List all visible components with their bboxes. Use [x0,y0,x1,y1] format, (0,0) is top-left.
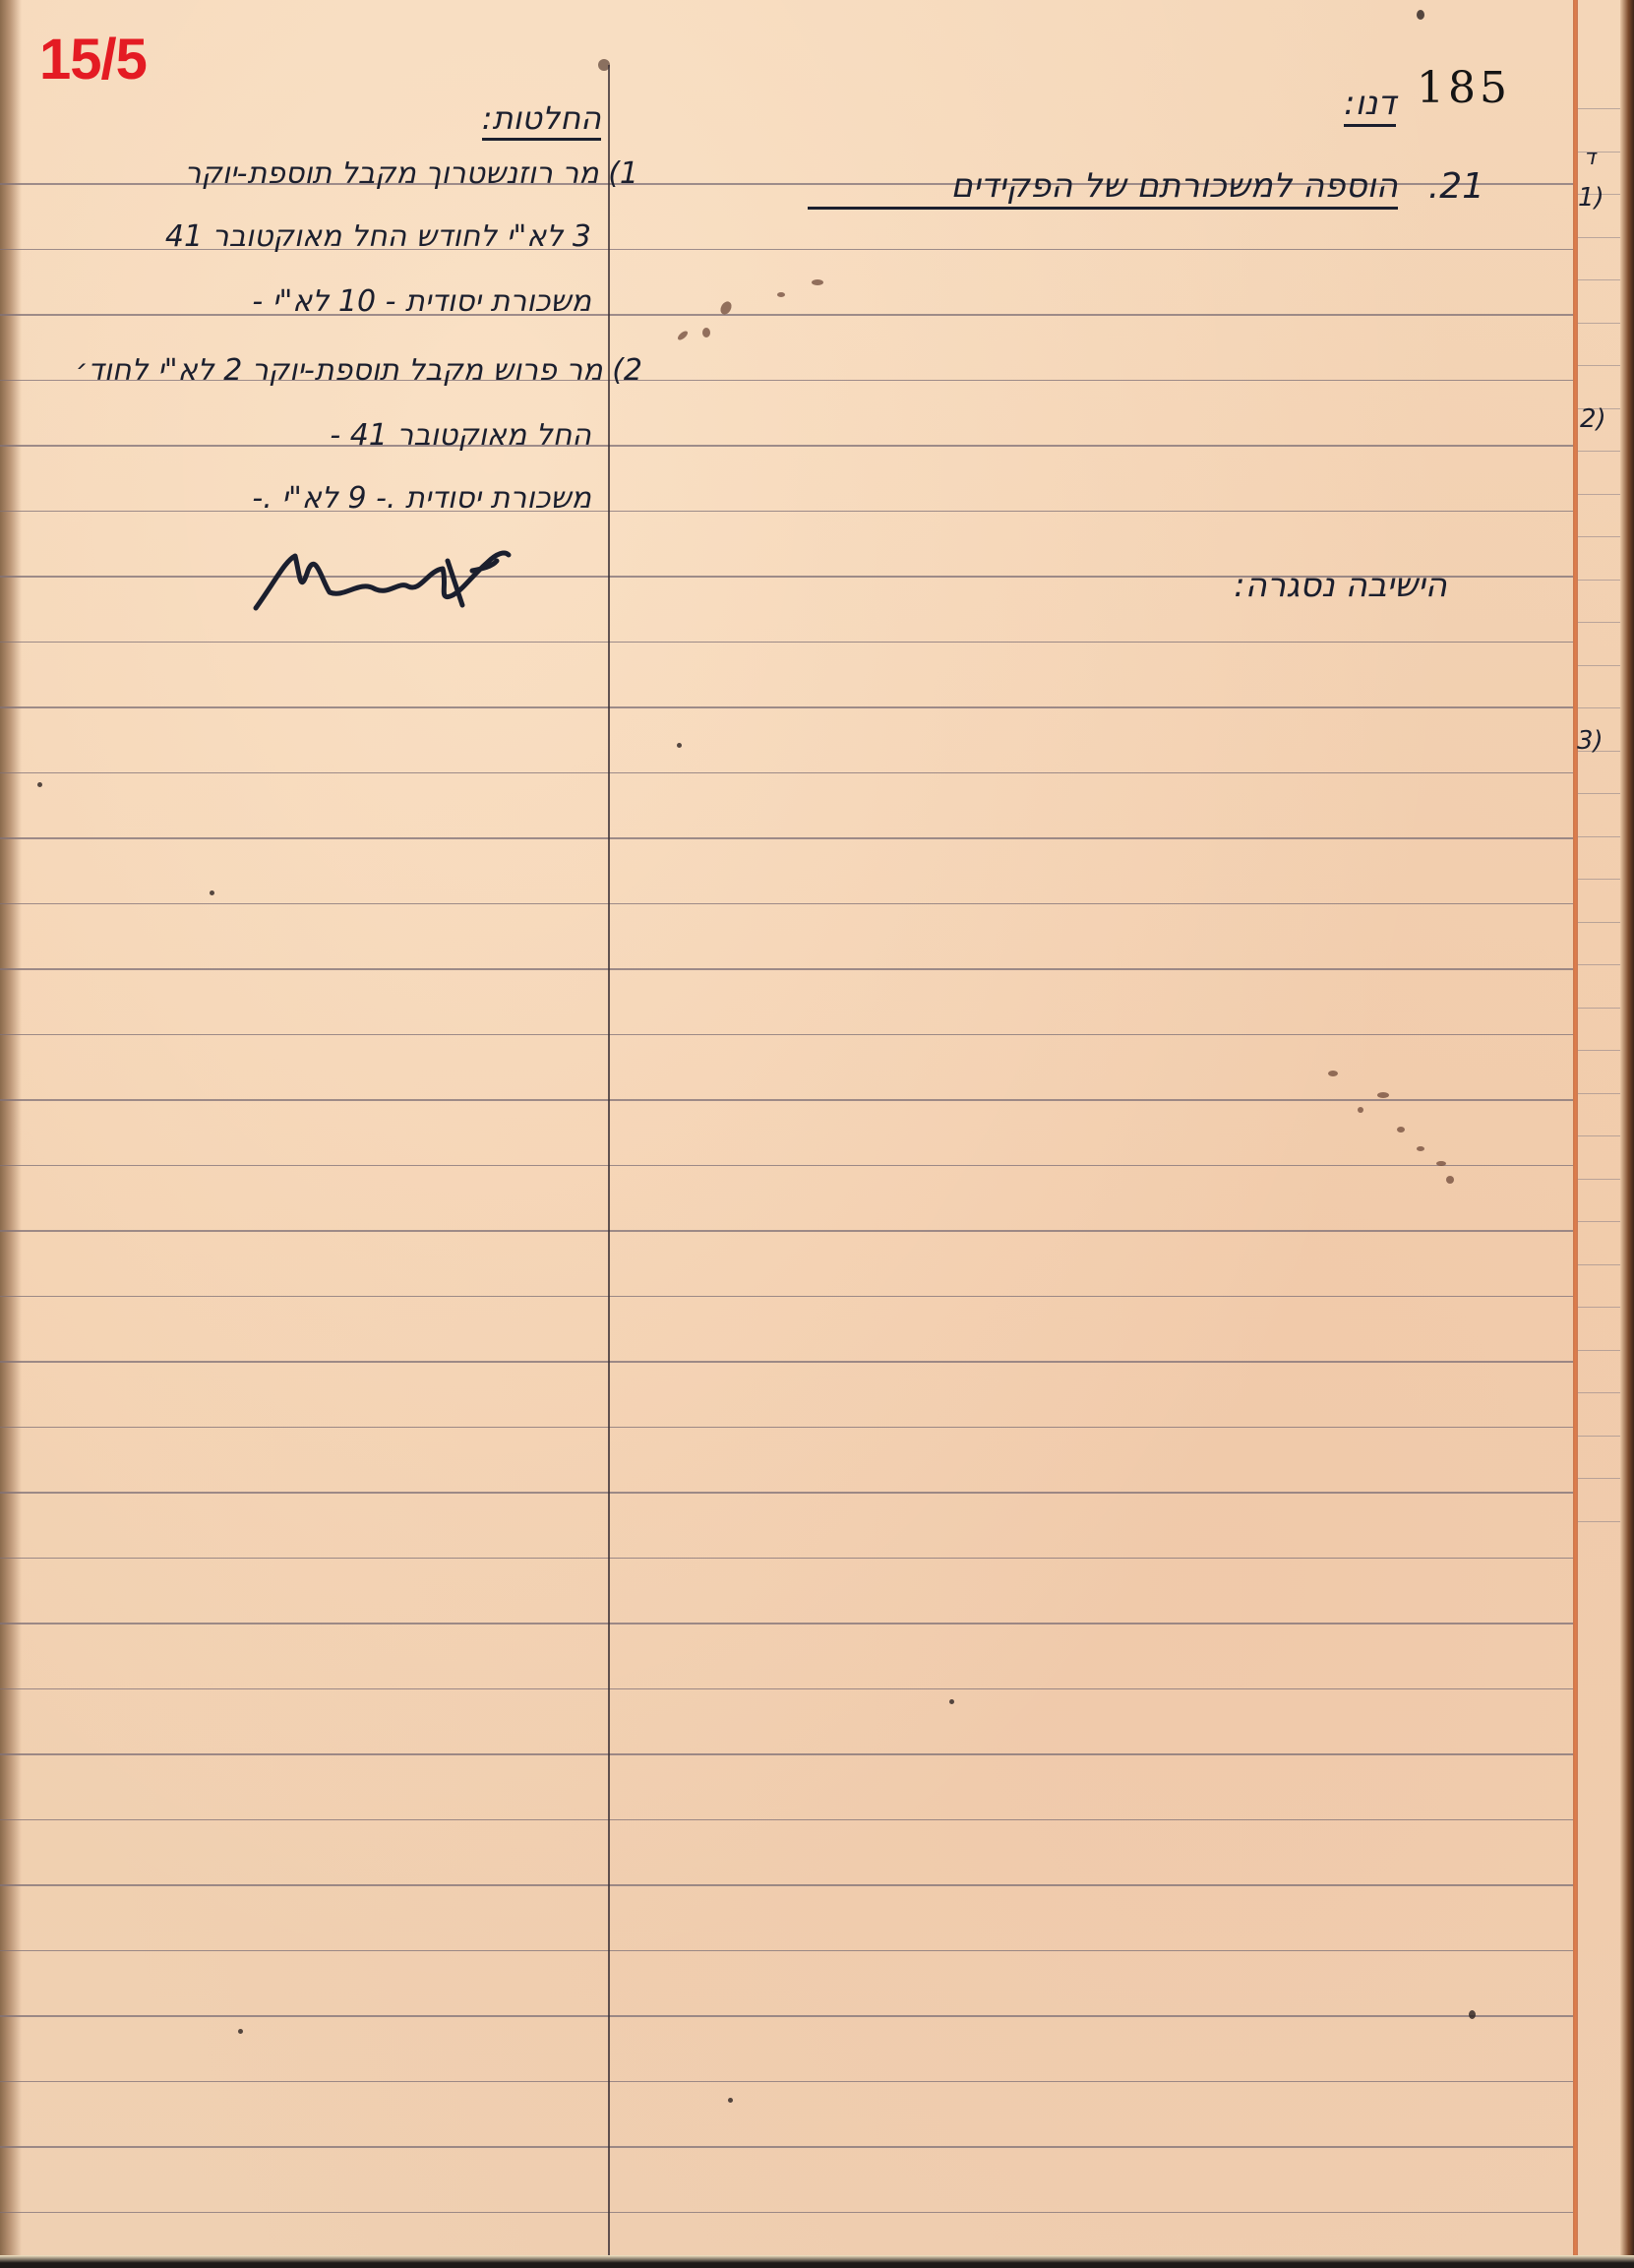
margin-ruled-line [1578,622,1623,623]
bottom-edge [0,2255,1634,2268]
margin-ruled-line [1578,1050,1623,1051]
ruled-line [0,2015,1575,2017]
page-edge [1620,0,1634,2255]
margin-ruled-line [1578,1008,1623,1009]
ruled-line [0,1819,1575,1821]
decisions-heading: החלטות: [482,102,601,141]
ruled-line [0,1165,1575,1167]
margin-ruled-line [1578,365,1623,366]
signature-icon [251,541,516,630]
ruled-line [0,903,1575,905]
ruled-line [0,1230,1575,1232]
ruled-line [0,1688,1575,1690]
ruled-line [0,968,1575,970]
margin-ruled-line [1578,580,1623,581]
ruled-line [0,1099,1575,1101]
ruled-line [0,706,1575,708]
ruled-line [0,1427,1575,1429]
margin-ruled-line [1578,1093,1623,1094]
decision-line: 1) מר רוזנשטרוך מקבל תוספת-יוקר [185,159,638,189]
margin-ruled-line [1578,451,1623,452]
margin-ruled-line [1578,1221,1623,1222]
margin-ruled-line [1578,536,1623,537]
margin-ruled-line [1578,879,1623,880]
decision-line: משכורת יסודית - 10 לא"י - [252,287,591,317]
margin-ruled-line [1578,494,1623,495]
margin-ruled-line [1578,108,1623,109]
ruled-line [0,2081,1575,2083]
margin-ruled-line [1578,964,1623,965]
binding-shadow [0,0,22,2268]
ruled-line [0,511,1575,513]
decision-line: החל מאוקטובר 41 - [330,421,591,451]
ruled-line [0,1361,1575,1363]
decision-line: 2) מר פרוש מקבל תוספת-יוקר 2 לא"י לחוד׳ [76,356,642,386]
margin-ruled-line [1578,323,1623,324]
ruled-line [0,1753,1575,1755]
margin-ruled-line [1578,707,1623,708]
ledger-page: 15/5 185 דנו: 21. הוספה למשכורתם של הפקי… [0,0,1634,2268]
meeting-closed-note: הישיבה נסגרה: [1234,569,1447,602]
margin-ruled-line [1578,1350,1623,1351]
ruled-line [0,1884,1575,1886]
margin-ruled-line [1578,922,1623,923]
margin-mark: ד [1584,148,1596,169]
agenda-item-title: הוספה למשכורתם של הפקידים [808,169,1398,210]
ruled-line [0,2146,1575,2148]
margin-ruled-line [1578,1392,1623,1393]
ruled-line [0,1296,1575,1298]
margin-ruled-line [1578,237,1623,238]
ruled-line [0,1034,1575,1036]
margin-ruled-line [1578,1135,1623,1136]
margin-mark: 2) [1580,406,1606,432]
ruled-line [0,445,1575,447]
red-margin-rule [1573,0,1578,2255]
ruled-line [0,1623,1575,1624]
agenda-item-number: 21. [1428,169,1484,205]
margin-ruled-line [1578,279,1623,280]
ruled-line [0,1950,1575,1952]
ruled-line [0,642,1575,644]
margin-ruled-line [1578,1521,1623,1522]
ruled-line [0,1558,1575,1560]
ruled-line [0,772,1575,774]
ruled-line [0,314,1575,316]
margin-mark: 3) [1577,728,1604,754]
margin-ruled-line [1578,793,1623,794]
margin-ruled-line [1578,665,1623,666]
margin-ruled-line [1578,836,1623,837]
decision-line: 3 לא"י לחודש החל מאוקטובר 41 [165,222,591,252]
ruled-line [0,1492,1575,1494]
margin-ruled-line [1578,1264,1623,1265]
ruled-line [0,2212,1575,2214]
page-stamp-label: 15/5 [39,31,147,89]
column-divider [608,65,610,2268]
margin-ruled-line [1578,1179,1623,1180]
ruled-line [0,837,1575,839]
margin-ruled-line [1578,1307,1623,1308]
margin-ruled-line [1578,1436,1623,1437]
agenda-heading: דנו: [1344,87,1396,127]
margin-ruled-line [1578,1478,1623,1479]
margin-mark: 1) [1578,185,1604,211]
page-number: 185 [1417,67,1511,110]
decision-line: משכורת יסודית .- 9 לא"י .- [252,484,591,514]
